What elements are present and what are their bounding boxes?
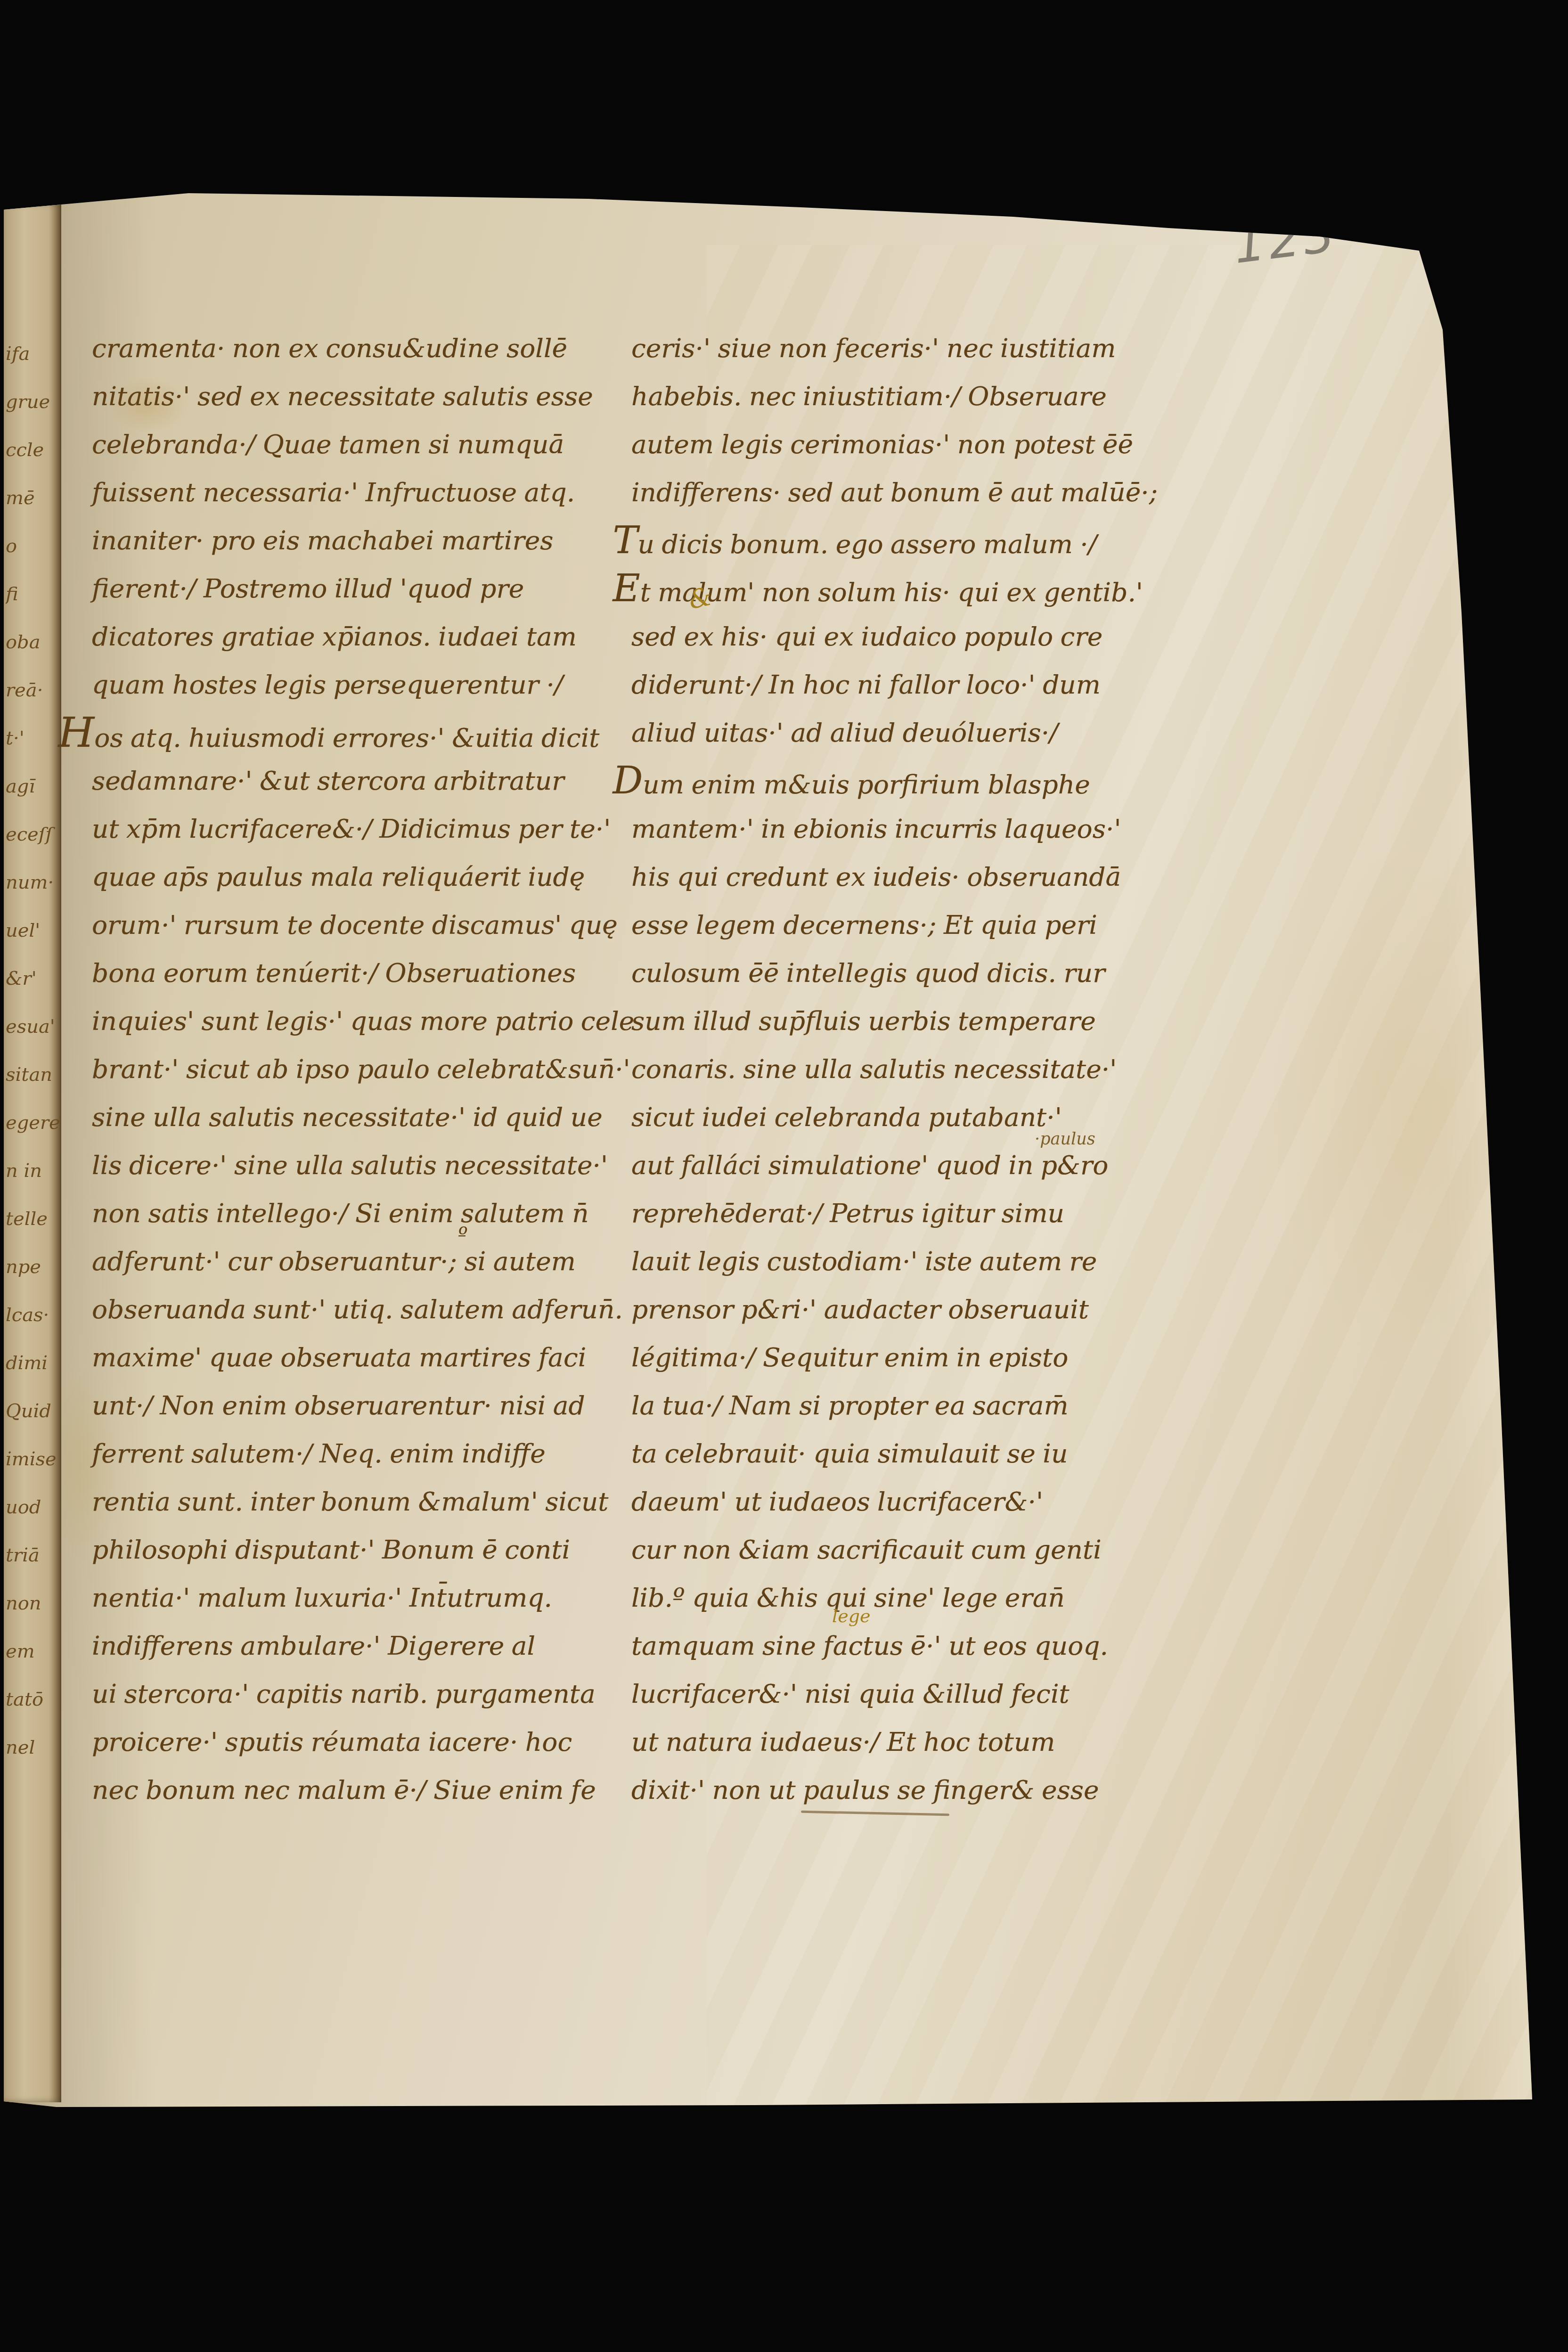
- text-line: lauit legis custodiam·' iste autem re: [631, 1237, 1176, 1285]
- gutter-fragment: lcas·: [6, 1291, 61, 1339]
- gutter-fragment: agī: [6, 762, 61, 810]
- text-line: dicatores gratiae xp̄ianos. iudaei tam: [92, 612, 617, 661]
- text-line: maxime' quae obseruata martires faci: [92, 1333, 617, 1381]
- gutter-fragment: grue: [6, 378, 61, 426]
- gloss-paulus: ·paulus: [1035, 1130, 1095, 1149]
- text-line: ui stercora·' capitis narib. purgamenta: [92, 1670, 617, 1718]
- gutter-fragment: Quid: [6, 1387, 61, 1435]
- text-line: conaris. sine ulla salutis necessitate·': [631, 1045, 1176, 1093]
- gutter-fragment: mē: [6, 474, 61, 522]
- text-line: celebranda·/ Quae tamen si numquā: [92, 420, 617, 468]
- text-line: Tu dicis bonum. ego assero malum ·/: [631, 516, 1176, 564]
- gutter-fragment: o: [6, 522, 61, 570]
- gutter-fragment: t·': [6, 714, 61, 762]
- text-line: inaniter· pro eis machabei martires: [92, 516, 617, 564]
- text-line: non satis intellego·/ Si enim salutem n̄: [92, 1189, 617, 1237]
- gutter-fragment: n in: [6, 1147, 61, 1195]
- gutter-fragment: fi: [6, 570, 61, 618]
- text-line: orum·' rursum te docente discamus' quę: [92, 901, 617, 949]
- text-line: adferunt·' cur obseruantur·; si autem: [92, 1237, 617, 1285]
- text-line: cur non &iam sacrificauit cum genti: [631, 1526, 1176, 1574]
- gutter-fragment: telle: [6, 1195, 61, 1243]
- text-line: fierent·/ Postremo illud 'quod pre: [92, 564, 617, 612]
- gutter-fragment: uod: [6, 1483, 61, 1531]
- text-line: nitatis·' sed ex necessitate salutis ess…: [92, 372, 617, 420]
- text-line: indifferens ambulare·' Digerere al: [92, 1622, 617, 1670]
- text-line: quae ap̄s paulus mala reliquáerit iudę: [92, 853, 617, 901]
- gutter-fragment: &r': [6, 955, 61, 1003]
- gutter-edge: ifa grue ccle mē o fi oba reā· t·' agī e…: [4, 204, 61, 2102]
- text-line: daeum' ut iudaeos lucrifacer&·': [631, 1478, 1176, 1526]
- gutter-fragment: em: [6, 1627, 61, 1675]
- left-column: cramenta· non ex consu&udine sollē nitat…: [92, 324, 617, 1814]
- text-line: unt·/ Non enim obseruarentur· nisi ad: [92, 1381, 617, 1429]
- manuscript-page: ifa grue ccle mē o fi oba reā· t·' agī e…: [0, 0, 1568, 2352]
- text-line: tamquam sine factus ē·' ut eos quoq.: [631, 1622, 1176, 1670]
- gutter-fragment: non: [6, 1579, 61, 1627]
- gutter-fragment: sitan: [6, 1051, 61, 1099]
- gutter-fragment: npe: [6, 1243, 61, 1291]
- text-line: ut natura iudaeus·/ Et hoc totum: [631, 1718, 1176, 1766]
- text-line: proicere·' sputis réumata iacere· hoc: [92, 1718, 617, 1766]
- text-line: fuissent necessaria·' Infructuose atq.: [92, 468, 617, 516]
- text-line: dixit·' non ut paulus se finger& esse: [631, 1766, 1176, 1814]
- gutter-fragment: imise: [6, 1435, 61, 1483]
- text-line: sed ex his· qui ex iudaico populo cre: [631, 612, 1176, 661]
- text-line: indifferens· sed aut bonum ē aut malūē·;: [631, 468, 1176, 516]
- text-line: la tua·/ Nam si propter ea sacram̄: [631, 1381, 1176, 1429]
- text-line: rentia sunt. inter bonum &malum' sicut: [92, 1478, 617, 1526]
- gutter-fragment: eceſſ: [6, 810, 61, 858]
- gutter-fragment: uel': [6, 906, 61, 955]
- text-line: brant·' sicut ab ipso paulo celebrat&sun…: [92, 1045, 617, 1093]
- text-line: sine ulla salutis necessitate·' id quid …: [92, 1093, 617, 1141]
- text-line: lis dicere·' sine ulla salutis necessita…: [92, 1141, 617, 1189]
- text-line: obseruanda sunt·' utiq. salutem adferun̄…: [92, 1285, 617, 1333]
- text-line: quam hostes legis persequerentur ·/: [92, 661, 617, 709]
- text-line: lucrifacer&·' nisi quia &illud fecit: [631, 1670, 1176, 1718]
- gloss-lege: lege: [832, 1606, 870, 1626]
- gutter-fragment: ccle: [6, 426, 61, 474]
- text-line: ta celebrauit· quia simulauit se iu: [631, 1429, 1176, 1478]
- photo-background: ifa grue ccle mē o fi oba reā· t·' agī e…: [0, 0, 1568, 2352]
- gloss-superscript-o: º: [458, 1223, 468, 1247]
- text-line: ferrent salutem·/ Neq. enim indiffe: [92, 1429, 617, 1478]
- gutter-fragment: tatō: [6, 1675, 61, 1723]
- text-line: Dum enim m&uis porfirium blasphe: [631, 757, 1176, 805]
- text-line: reprehēderat·/ Petrus igitur simu: [631, 1189, 1176, 1237]
- text-line: cramenta· non ex consu&udine sollē: [92, 324, 617, 372]
- text-line: nec bonum nec malum ē·/ Siue enim fe: [92, 1766, 617, 1814]
- text-line: lib.º quia &his qui sine' lege eran̄: [631, 1574, 1176, 1622]
- text-line: aliud uitas·' ad aliud deuólueris·/: [631, 709, 1176, 757]
- text-line: ceris·' siue non feceris·' nec iustitiam: [631, 324, 1176, 372]
- gutter-fragment: nel: [6, 1723, 61, 1772]
- text-line: inquies' sunt legis·' quas more patrio c…: [92, 997, 617, 1045]
- text-line: Hos atq. huiusmodi errores·' &uitia dici…: [92, 709, 617, 757]
- text-line: nentia·' malum luxuria·' Int̄utrumq.: [92, 1574, 617, 1622]
- gutter-fragment: egere: [6, 1099, 61, 1147]
- text-line: autem legis cerimonias·' non potest ēē: [631, 420, 1176, 468]
- gutter-fragment: dimi: [6, 1339, 61, 1387]
- gutter-fragment: oba: [6, 618, 61, 666]
- text-line: sedamnare·' &ut stercora arbitratur: [92, 757, 617, 805]
- text-line: prensor p&ri·' audacter obseruauit: [631, 1285, 1176, 1333]
- text-line: sum illud sup̄fluis uerbis temperare: [631, 997, 1176, 1045]
- gutter-fragment: reā·: [6, 666, 61, 714]
- text-line: habebis. nec iniustitiam·/ Obseruare: [631, 372, 1176, 420]
- text-line: ut xp̄m lucrifacere&·/ Didicimus per te·…: [92, 805, 617, 853]
- parchment-stain: [1272, 848, 1536, 1366]
- text-line: bona eorum tenúerit·/ Obseruationes: [92, 949, 617, 997]
- text-line: diderunt·/ In hoc ni fallor loco·' dum: [631, 661, 1176, 709]
- gutter-fragments: ifa grue ccle mē o fi oba reā· t·' agī e…: [4, 204, 61, 1772]
- text-line: mantem·' in ebionis incurris laqueos·': [631, 805, 1176, 853]
- gutter-fragment: ifa: [6, 330, 61, 378]
- text-line: esse legem decernens·; Et quia peri: [631, 901, 1176, 949]
- text-line: his qui credunt ex iudeis· obseruandā: [631, 853, 1176, 901]
- text-line: philosophi disputant·' Bonum ē conti: [92, 1526, 617, 1574]
- text-line: culosum ēē intellegis quod dicis. rur: [631, 949, 1176, 997]
- gutter-fragment: num·: [6, 858, 61, 906]
- gutter-fragment: esua': [6, 1003, 61, 1051]
- gutter-fragment: triā: [6, 1531, 61, 1579]
- right-column: ceris·' siue non feceris·' nec iustitiam…: [631, 324, 1176, 1814]
- text-line: légitima·/ Sequitur enim in episto: [631, 1333, 1176, 1381]
